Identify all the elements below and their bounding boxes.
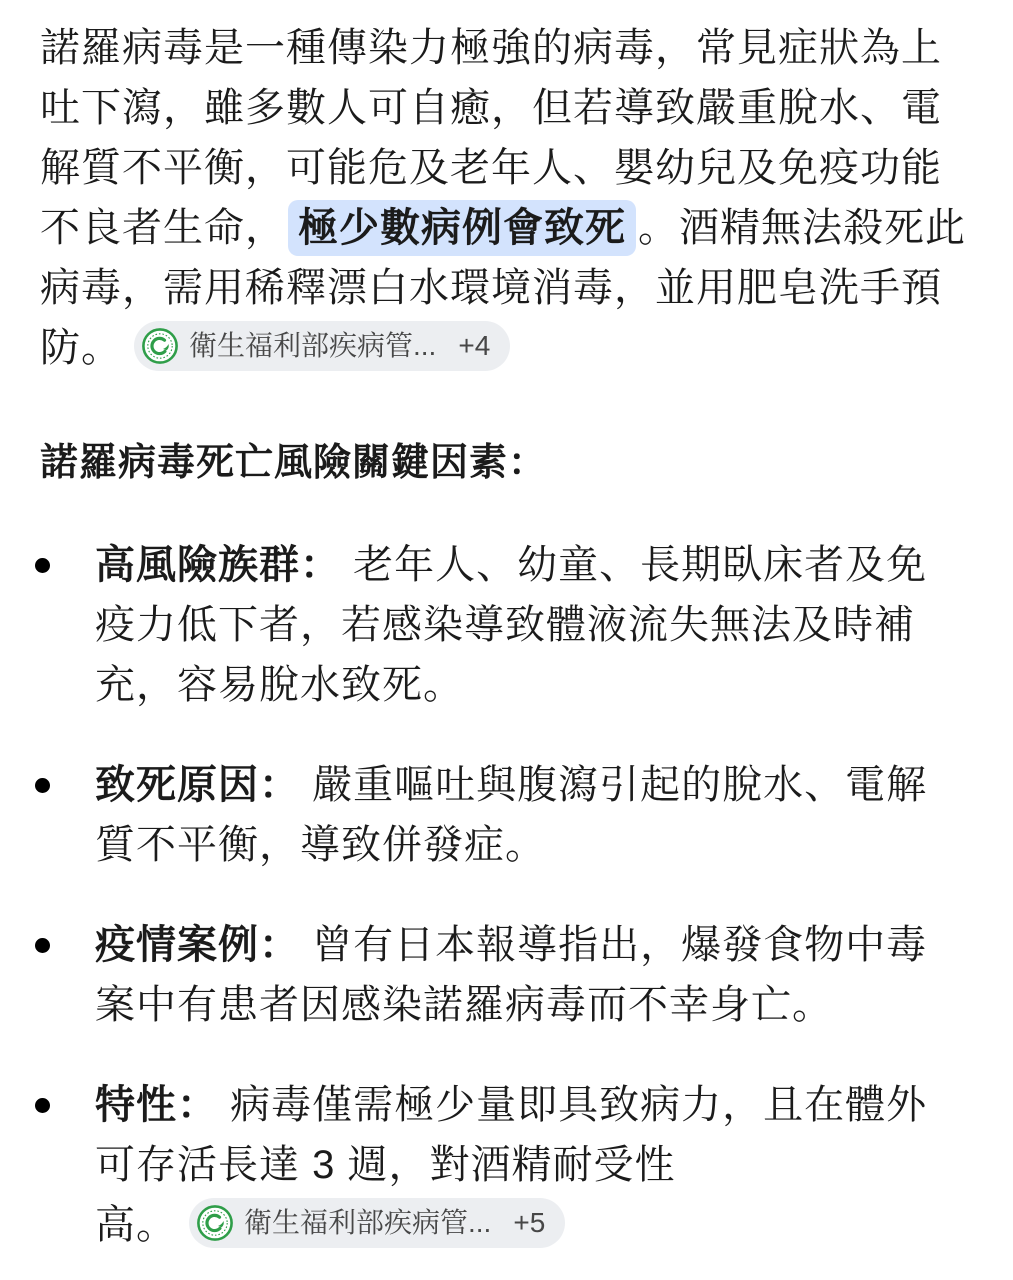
bullet-text: 致死原因： 嚴重嘔吐與腹瀉引起的脫水、電解質不平衡，導致併發症。 xyxy=(95,755,927,875)
text-segment: 諾羅病毒是一種傳染力極強的病毒，常見症狀為上 xyxy=(40,26,942,70)
bullet-line: 疫情案例： 曾有日本報導指出，爆發食物中毒 xyxy=(95,915,927,975)
bullet-line: 特性： 病毒僅需極少量即具致病力，且在體外 xyxy=(95,1075,927,1135)
bullet-dot-icon xyxy=(35,1098,50,1113)
bullet-line: 高風險族群： 老年人、幼童、長期臥床者及免 xyxy=(95,535,927,595)
source-chip-more-count[interactable]: +4 xyxy=(458,321,490,371)
cdc-logo-icon xyxy=(142,328,178,364)
text-segment: 高。 xyxy=(95,1203,177,1247)
paragraph-line: 防。衛生福利部疾病管...+4 xyxy=(40,318,973,378)
bullet-marker xyxy=(35,535,95,715)
bullet-line: 可存活長達 3 週，對酒精耐受性 xyxy=(95,1135,927,1195)
intro-paragraph: 諾羅病毒是一種傳染力極強的病毒，常見症狀為上吐下瀉，雖多數人可自癒，但若導致嚴重… xyxy=(40,18,973,378)
bullet-term: 致死原因： xyxy=(95,763,300,807)
text-segment: 吐下瀉，雖多數人可自癒，但若導致嚴重脫水、電 xyxy=(40,86,942,130)
text-segment: 。酒精無法殺死此 xyxy=(638,206,966,250)
bullet-line: 充，容易脫水致死。 xyxy=(95,655,927,715)
text-segment: 不良者生命， xyxy=(40,206,286,250)
text-segment: 嚴重嘔吐與腹瀉引起的脫水、電解 xyxy=(300,763,927,807)
paragraph-line: 不良者生命，極少數病例會致死。酒精無法殺死此 xyxy=(40,198,973,258)
paragraph-line: 諾羅病毒是一種傳染力極強的病毒，常見症狀為上 xyxy=(40,18,973,78)
text-segment: 防。 xyxy=(40,326,122,370)
text-segment: 解質不平衡，可能危及老年人、嬰幼兒及免疫功能 xyxy=(40,146,942,190)
text-segment: 可存活長達 3 週，對酒精耐受性 xyxy=(95,1143,675,1187)
bullet-line: 致死原因： 嚴重嘔吐與腹瀉引起的脫水、電解 xyxy=(95,755,927,815)
risk-factor-list: 高風險族群： 老年人、幼童、長期臥床者及免疫力低下者，若感染導致體液流失無法及時… xyxy=(40,535,973,1255)
text-segment: 病毒僅需極少量即具致病力，且在體外 xyxy=(218,1083,927,1127)
bullet-marker xyxy=(35,755,95,875)
text-segment: 老年人、幼童、長期臥床者及免 xyxy=(341,543,927,587)
bullet-line: 案中有患者因感染諾羅病毒而不幸身亡。 xyxy=(95,975,927,1035)
text-segment: 曾有日本報導指出，爆發食物中毒 xyxy=(300,923,927,967)
source-chip[interactable]: 衛生福利部疾病管...+4 xyxy=(134,321,510,371)
bullet-dot-icon xyxy=(35,778,50,793)
bullet-line: 疫力低下者，若感染導致體液流失無法及時補 xyxy=(95,595,927,655)
bullet-dot-icon xyxy=(35,558,50,573)
source-chip-label: 衛生福利部疾病管... xyxy=(244,1198,491,1248)
bullet-dot-icon xyxy=(35,938,50,953)
source-chip[interactable]: 衛生福利部疾病管...+5 xyxy=(189,1198,565,1248)
bullet-text: 高風險族群： 老年人、幼童、長期臥床者及免疫力低下者，若感染導致體液流失無法及時… xyxy=(95,535,927,715)
source-chip-more-count[interactable]: +5 xyxy=(513,1198,545,1248)
list-item: 致死原因： 嚴重嘔吐與腹瀉引起的脫水、電解質不平衡，導致併發症。 xyxy=(40,755,973,875)
highlighted-text[interactable]: 極少數病例會致死 xyxy=(288,200,636,256)
bullet-line: 質不平衡，導致併發症。 xyxy=(95,815,927,875)
text-segment: 充，容易脫水致死。 xyxy=(95,663,464,707)
bullet-marker xyxy=(35,1075,95,1255)
bullet-line: 高。衛生福利部疾病管...+5 xyxy=(95,1195,927,1255)
bullet-text: 疫情案例： 曾有日本報導指出，爆發食物中毒案中有患者因感染諾羅病毒而不幸身亡。 xyxy=(95,915,927,1035)
bullet-term: 疫情案例： xyxy=(95,923,300,967)
list-item: 特性： 病毒僅需極少量即具致病力，且在體外可存活長達 3 週，對酒精耐受性高。衛… xyxy=(40,1075,973,1255)
text-segment: 病毒，需用稀釋漂白水環境消毒，並用肥皂洗手預 xyxy=(40,266,942,310)
list-item: 疫情案例： 曾有日本報導指出，爆發食物中毒案中有患者因感染諾羅病毒而不幸身亡。 xyxy=(40,915,973,1035)
bullet-text: 特性： 病毒僅需極少量即具致病力，且在體外可存活長達 3 週，對酒精耐受性高。衛… xyxy=(95,1075,927,1255)
text-segment: 質不平衡，導致併發症。 xyxy=(95,823,546,867)
bullet-term: 特性： xyxy=(95,1083,218,1127)
text-segment: 疫力低下者，若感染導致體液流失無法及時補 xyxy=(95,603,915,647)
paragraph-line: 吐下瀉，雖多數人可自癒，但若導致嚴重脫水、電 xyxy=(40,78,973,138)
source-chip-label: 衛生福利部疾病管... xyxy=(189,321,436,371)
section-heading: 諾羅病毒死亡風險關鍵因素： xyxy=(40,433,973,493)
list-item: 高風險族群： 老年人、幼童、長期臥床者及免疫力低下者，若感染導致體液流失無法及時… xyxy=(40,535,973,715)
answer-body: 諾羅病毒是一種傳染力極強的病毒，常見症狀為上吐下瀉，雖多數人可自癒，但若導致嚴重… xyxy=(0,0,1013,1255)
text-segment: 案中有患者因感染諾羅病毒而不幸身亡。 xyxy=(95,983,833,1027)
bullet-marker xyxy=(35,915,95,1035)
bullet-term: 高風險族群： xyxy=(95,543,341,587)
paragraph-line: 病毒，需用稀釋漂白水環境消毒，並用肥皂洗手預 xyxy=(40,258,973,318)
cdc-logo-icon xyxy=(197,1205,233,1241)
paragraph-line: 解質不平衡，可能危及老年人、嬰幼兒及免疫功能 xyxy=(40,138,973,198)
